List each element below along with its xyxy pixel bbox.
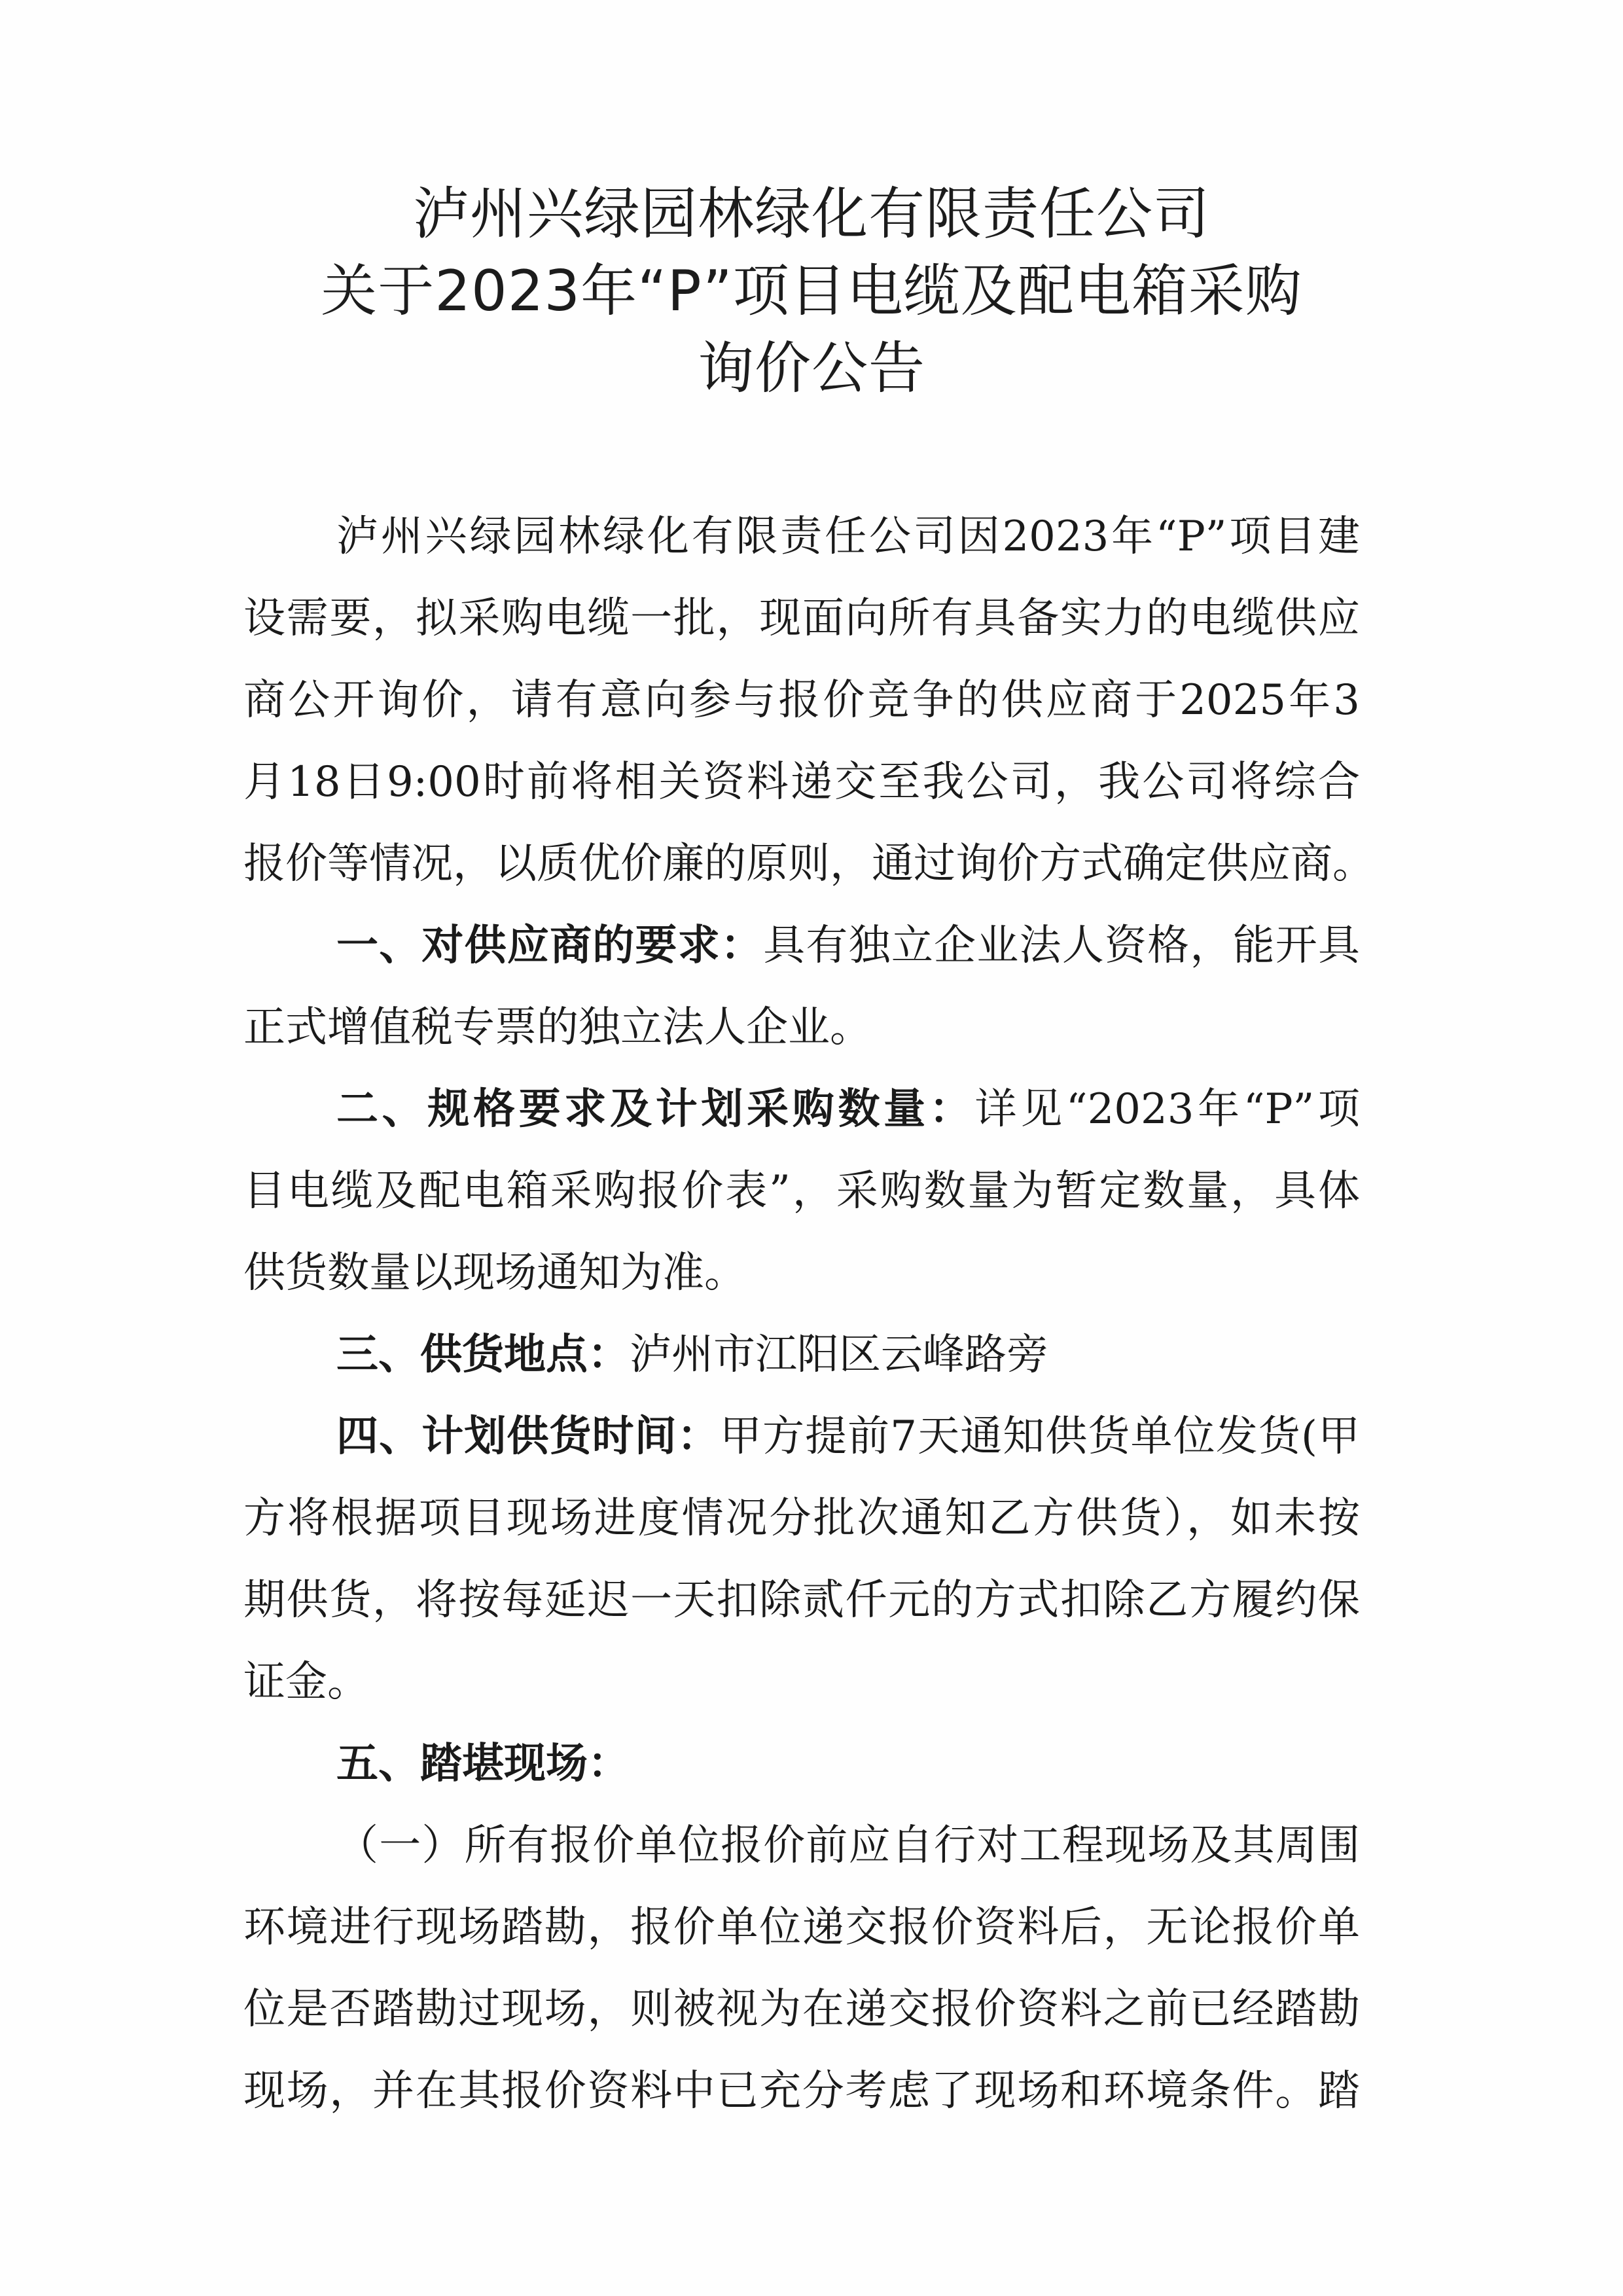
subsection-site-survey-1: （一）所有报价单位报价前应自行对工程现场及其周围 环境进行现场踏勘，报价单位递交…	[243, 1805, 1360, 2132]
subsection-line: 现场，并在其报价资料中已充分考虑了现场和环境条件。踏	[243, 2051, 1360, 2132]
section-line: 四、计划供货时间：甲方提前7天通知供货单位发货(甲	[243, 1396, 1360, 1478]
section-line: 三、供货地点：泸州市江阳区云峰路旁	[243, 1314, 1360, 1396]
document-page: 泸州兴绿园林绿化有限责任公司 关于2023年“P”项目电缆及配电箱采购 询价公告…	[0, 0, 1623, 2296]
section-text: 具有独立企业法人资格，能开具	[763, 922, 1360, 970]
section-heading: 五、踏堪现场：	[336, 1740, 630, 1788]
section-line: 一、对供应商的要求：具有独立企业法人资格，能开具	[243, 905, 1360, 987]
document-title: 泸州兴绿园林绿化有限责任公司 关于2023年“P”项目电缆及配电箱采购 询价公告	[0, 175, 1623, 407]
section-line: 供货数量以现场通知为准。	[243, 1232, 1360, 1314]
section-heading: 四、计划供货时间：	[336, 1412, 720, 1461]
title-line-subject: 关于2023年“P”项目电缆及配电箱采购	[0, 253, 1623, 330]
section-heading: 二、规格要求及计划采购数量：	[336, 1085, 975, 1134]
subsection-line: （一）所有报价单位报价前应自行对工程现场及其周围	[243, 1805, 1360, 1887]
title-line-company: 泸州兴绿园林绿化有限责任公司	[0, 175, 1623, 253]
section-line: 期供货，将按每延迟一天扣除贰仟元的方式扣除乙方履约保	[243, 1560, 1360, 1641]
section-site-survey: 五、踏堪现场：	[243, 1723, 1360, 1805]
intro-line: 设需要，拟采购电缆一批，现面向所有具备实力的电缆供应	[243, 578, 1360, 660]
section-specifications-quantity: 二、规格要求及计划采购数量：详见“2023年“P”项 目电缆及配电箱采购报价表”…	[243, 1069, 1360, 1314]
subsection-line: 环境进行现场踏勘，报价单位递交报价资料后，无论报价单	[243, 1887, 1360, 1969]
section-heading: 一、对供应商的要求：	[336, 922, 763, 970]
intro-line: 泸州兴绿园林绿化有限责任公司因2023年“P”项目建	[243, 496, 1360, 578]
section-line: 目电缆及配电箱采购报价表”，采购数量为暂定数量，具体	[243, 1151, 1360, 1232]
section-supplier-requirements: 一、对供应商的要求：具有独立企业法人资格，能开具 正式增值税专票的独立法人企业。	[243, 905, 1360, 1069]
intro-line: 报价等情况，以质优价廉的原则，通过询价方式确定供应商。	[243, 823, 1360, 905]
intro-paragraph: 泸州兴绿园林绿化有限责任公司因2023年“P”项目建 设需要，拟采购电缆一批，现…	[243, 496, 1360, 905]
section-delivery-time: 四、计划供货时间：甲方提前7天通知供货单位发货(甲 方将根据项目现场进度情况分批…	[243, 1396, 1360, 1723]
section-line: 方将根据项目现场进度情况分批次通知乙方供货），如未按	[243, 1478, 1360, 1560]
intro-line: 月18日9:00时前将相关资料递交至我公司，我公司将综合	[243, 742, 1360, 823]
document-body: 泸州兴绿园林绿化有限责任公司因2023年“P”项目建 设需要，拟采购电缆一批，现…	[243, 496, 1360, 2132]
section-line: 正式增值税专票的独立法人企业。	[243, 987, 1360, 1069]
subsection-line: 位是否踏勘过现场，则被视为在递交报价资料之前已经踏勘	[243, 1969, 1360, 2051]
section-line: 证金。	[243, 1641, 1360, 1723]
section-line: 二、规格要求及计划采购数量：详见“2023年“P”项	[243, 1069, 1360, 1151]
title-line-type: 询价公告	[0, 330, 1623, 407]
section-delivery-location: 三、供货地点：泸州市江阳区云峰路旁	[243, 1314, 1360, 1396]
section-heading: 三、供货地点：	[336, 1331, 630, 1379]
section-text: 甲方提前7天通知供货单位发货(甲	[720, 1412, 1360, 1461]
section-text: 详见“2023年“P”项	[975, 1085, 1361, 1134]
section-text: 泸州市江阳区云峰路旁	[630, 1331, 1048, 1379]
intro-line: 商公开询价，请有意向参与报价竞争的供应商于2025年3	[243, 660, 1360, 742]
section-line: 五、踏堪现场：	[243, 1723, 1360, 1805]
